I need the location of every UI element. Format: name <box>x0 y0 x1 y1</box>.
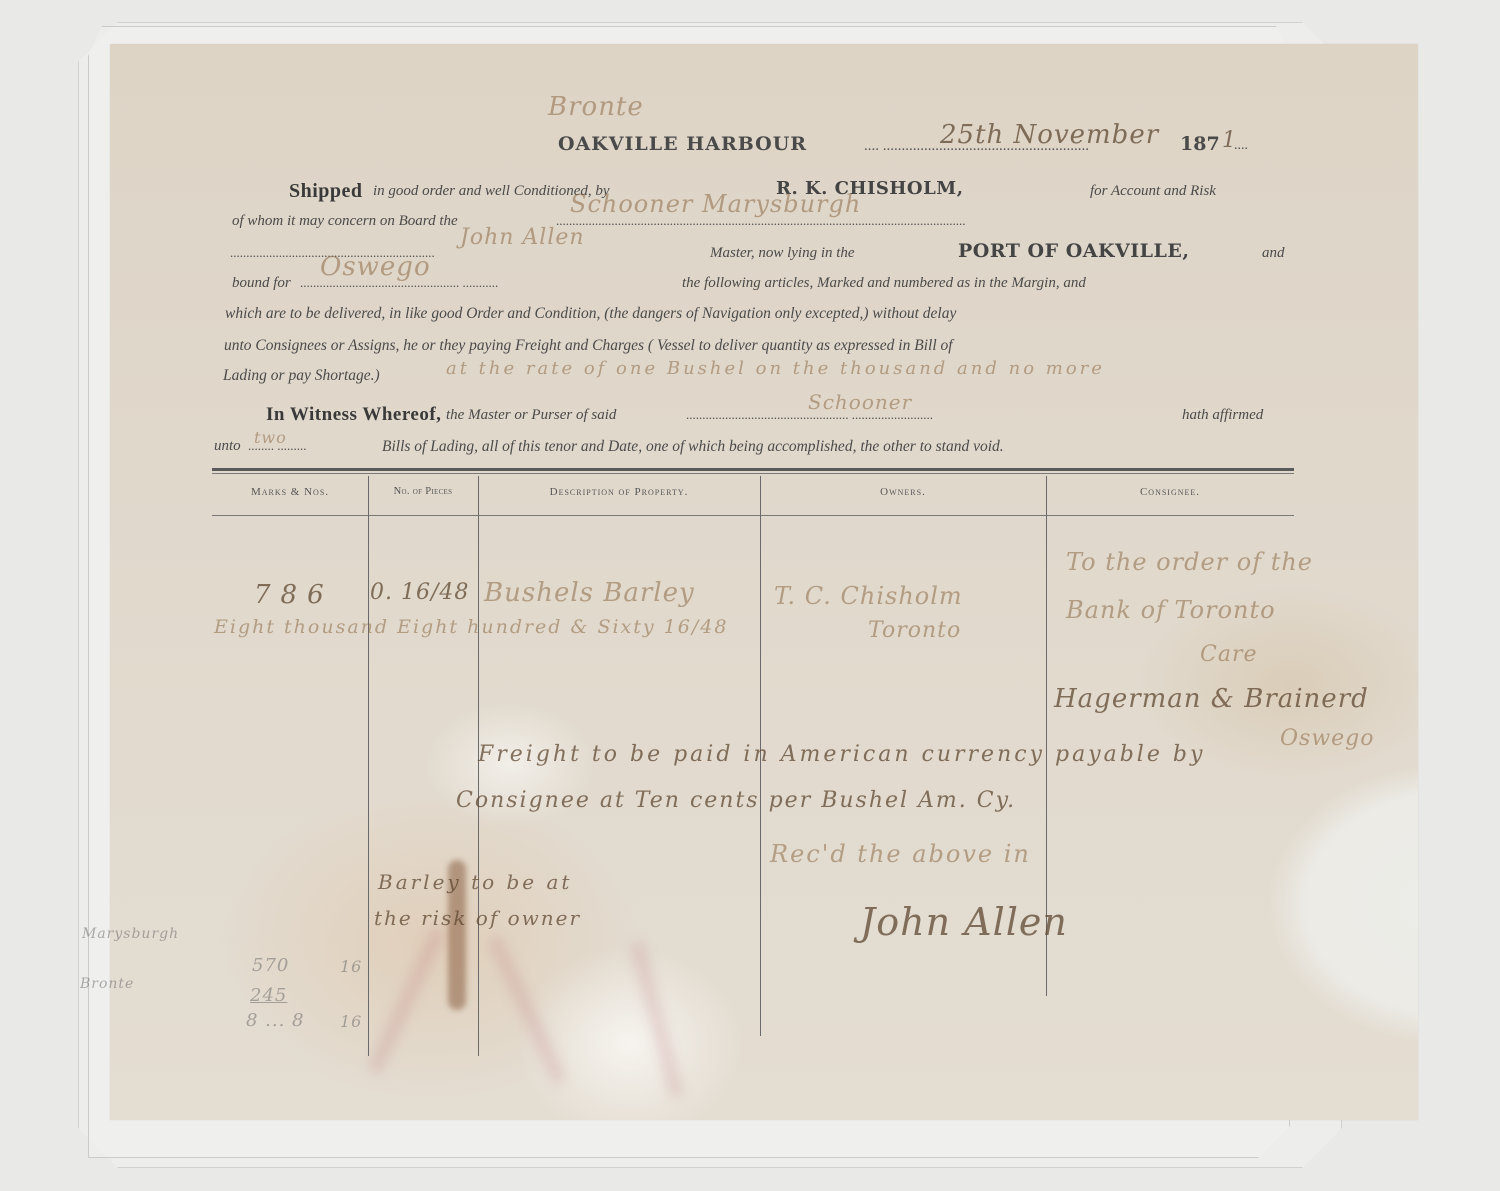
witness-line-2-prefix: unto <box>214 438 241 455</box>
consignee-line-3: Care <box>1200 642 1258 667</box>
tally-label-1: Marysburgh <box>82 926 179 942</box>
description-value: Bushels Barley <box>484 578 695 608</box>
amount-in-words: Eight thousand Eight hundred & Sixty 16/… <box>214 616 728 638</box>
column-header-pieces: No. of Pieces <box>368 486 478 497</box>
column-header-description: Description of Property. <box>478 486 760 498</box>
tally-label-2: Bronte <box>80 976 134 992</box>
tally-value-1-frac: 16 <box>340 957 362 976</box>
tally-value-1: 570 <box>252 955 289 976</box>
shipped-line-5: which are to be delivered, in like good … <box>225 305 956 323</box>
port-title: OAKVILLE HARBOUR <box>558 133 807 155</box>
freight-note-line-2: Consignee at Ten cents per Bushel Am. Cy… <box>456 788 1016 813</box>
shipped-line-3-end: and <box>1262 245 1285 262</box>
shipped-line-6: unto Consignees or Assigns, he or they p… <box>224 337 953 355</box>
table-top-rule-thin <box>212 473 1294 474</box>
marks-value: 786 <box>254 580 334 610</box>
column-divider <box>368 476 369 1056</box>
shipped-line-4-text: the following articles, Marked and numbe… <box>682 275 1086 292</box>
column-header-consignee: Consignee. <box>1046 486 1294 498</box>
handwritten-master: John Allen <box>460 225 585 250</box>
consignee-line-1: To the order of the <box>1066 548 1313 576</box>
tally-value-2: 245 <box>250 985 287 1006</box>
consignee-line-5: Oswego <box>1280 726 1375 751</box>
witness-lead: In Witness Whereof, <box>266 404 441 426</box>
table-top-rule <box>212 468 1294 471</box>
received-note: Rec'd the above in <box>770 840 1031 868</box>
witness-text-1: the Master or Purser of said <box>446 407 616 424</box>
consignee-line-2: Bank of Toronto <box>1066 596 1276 624</box>
risk-note-line-2: the risk of owner <box>374 906 581 930</box>
tally-total: 8 ... 8 <box>246 1010 305 1031</box>
shipped-line-7: Lading or pay Shortage.) <box>223 367 380 385</box>
handwritten-date: 25th November <box>940 120 1159 150</box>
handwritten-vessel: Schooner Marysburgh <box>570 190 861 218</box>
witness-text-2: hath affirmed <box>1182 407 1263 424</box>
shipped-line-4-prefix: bound for <box>232 275 291 292</box>
shipped-lead: Shipped <box>289 180 363 203</box>
port-name: PORT OF OAKVILLE, <box>958 240 1189 262</box>
shipped-line-2-prefix: of whom it may concern on Board the <box>232 213 458 230</box>
pieces-value: 0. 16/48 <box>370 580 469 605</box>
shipped-text-2: for Account and Risk <box>1090 183 1216 200</box>
freight-note-line-1: Freight to be paid in American currency … <box>478 742 1205 767</box>
handwritten-vessel-short: Schooner <box>808 390 912 414</box>
risk-note-line-1: Barley to be at <box>378 870 572 894</box>
table-header-rule <box>212 515 1294 516</box>
consignee-line-4: Hagerman & Brainerd <box>1054 684 1369 714</box>
year-dots: .... <box>1234 138 1248 154</box>
shipped-line-3-text: Master, now lying in the <box>710 245 855 262</box>
handwritten-place: Bronte <box>548 92 644 122</box>
witness-line-2-text: Bills of Lading, all of this tenor and D… <box>382 438 1004 456</box>
owner-line-1: T. C. Chisholm <box>774 582 963 610</box>
master-signature: John Allen <box>860 900 1068 944</box>
tally-total-frac: 16 <box>340 1012 362 1031</box>
handwritten-destination: Oswego <box>320 252 431 282</box>
owner-line-2: Toronto <box>868 618 961 643</box>
column-header-marks: Marks & Nos. <box>212 486 368 498</box>
handwritten-rate-note: at the rate of one Bushel on the thousan… <box>446 358 1105 379</box>
printed-year: 187 <box>1180 133 1220 155</box>
dotted-fill: ........ ......... <box>248 438 307 454</box>
column-header-owners: Owners. <box>760 486 1046 498</box>
